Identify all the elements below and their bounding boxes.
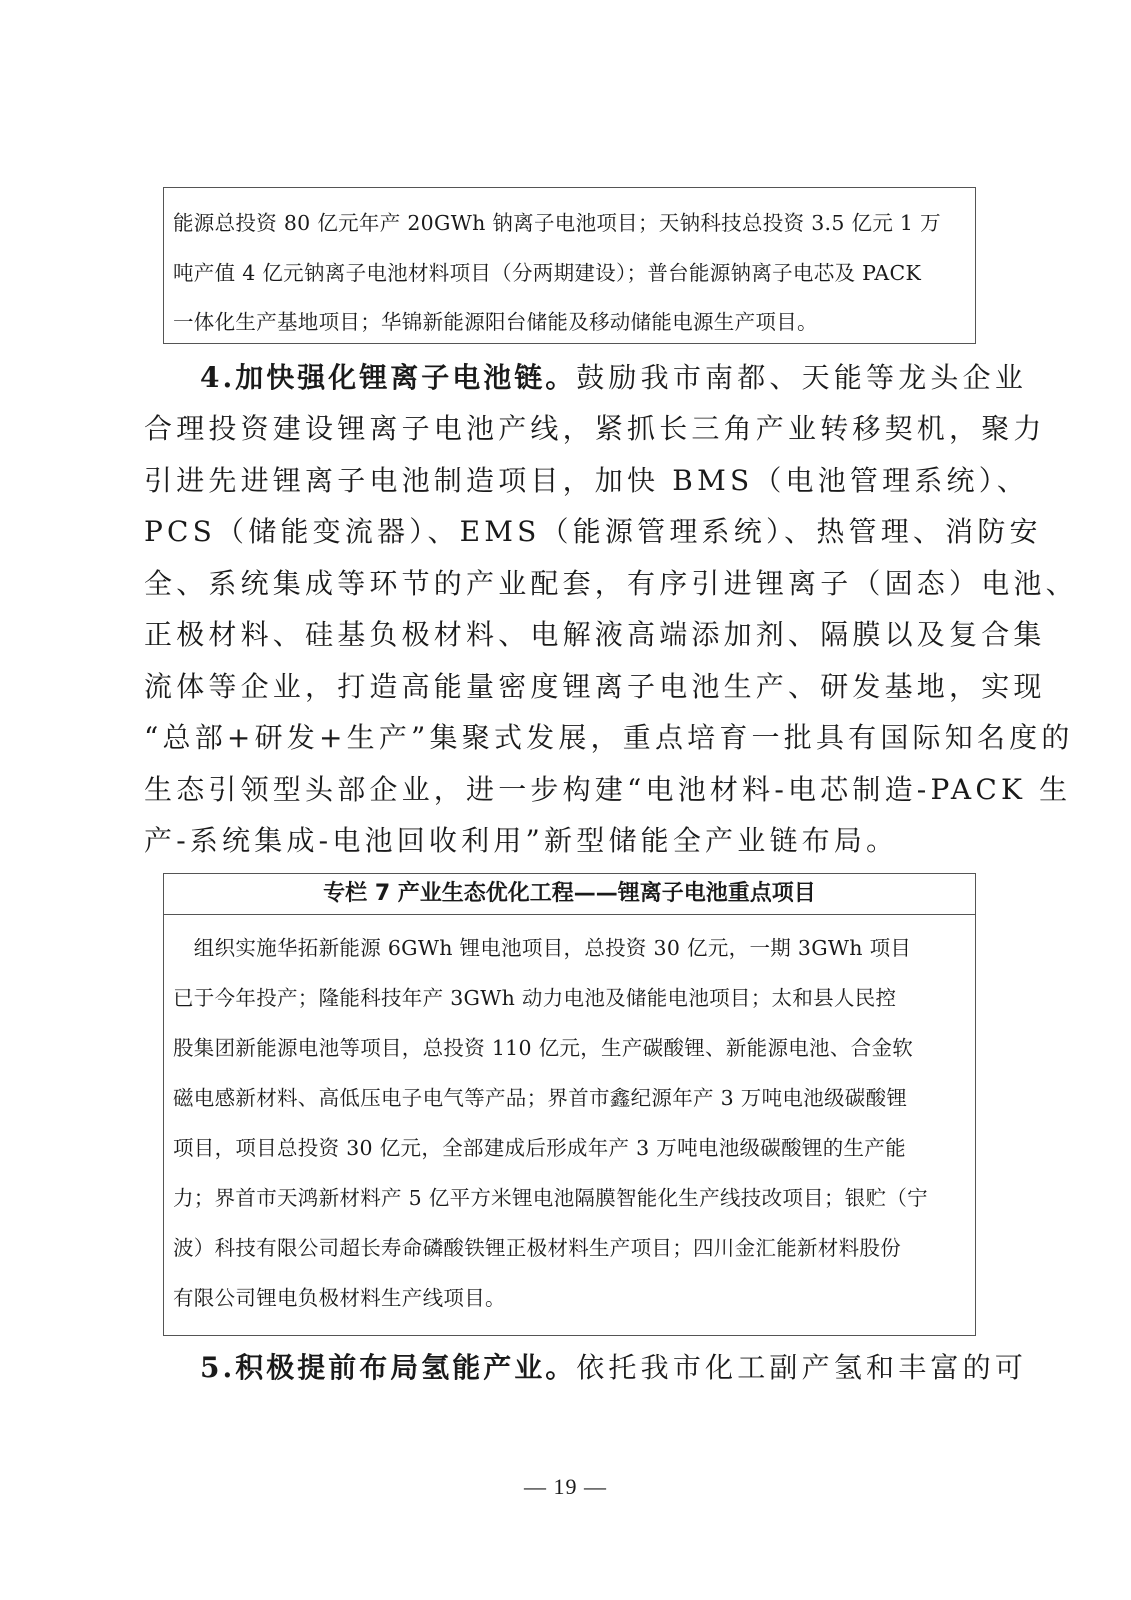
box2-line: 波）科技有限公司超长寿命磷酸铁锂正极材料生产项目；四川金汇能新材料股份 — [173, 1235, 969, 1261]
box2-line: 磁电感新材料、高低压电子电气等产品；界首市鑫纪源年产 3 万吨电池级碳酸锂 — [173, 1085, 969, 1111]
paragraph-line: 产-系统集成-电池回收利用”新型储能全产业链布局。 — [144, 823, 974, 859]
box1-line: 能源总投资 80 亿元年产 20GWh 钠离子电池项目；天钠科技总投资 3.5 … — [173, 210, 969, 236]
box1-line: 吨产值 4 亿元钠离子电池材料项目（分两期建设）；普台能源钠离子电芯及 PACK — [173, 260, 969, 286]
sodium-ion-projects-box: 能源总投资 80 亿元年产 20GWh 钠离子电池项目；天钠科技总投资 3.5 … — [163, 187, 976, 344]
box2-line: 有限公司锂电负极材料生产线项目。 — [173, 1285, 969, 1311]
box2-line: 已于今年投产；隆能科技年产 3GWh 动力电池及储能电池项目；太和县人民控 — [173, 985, 969, 1011]
paragraph-line: 正极材料、硅基负极材料、电解液高端添加剂、隔膜以及复合集 — [144, 617, 974, 653]
paragraph-line: 合理投资建设锂离子电池产线，紧抓长三角产业转移契机，聚力 — [144, 411, 974, 447]
section-4-first-line: 4.加快强化锂离子电池链。鼓励我市南都、天能等龙头企业 — [200, 360, 980, 396]
box1-line: 一体化生产基地项目；华锦新能源阳台储能及移动储能电源生产项目。 — [173, 309, 969, 335]
column-7-box: 专栏 7 产业生态优化工程——锂离子电池重点项目 组织实施华拓新能源 6GWh … — [163, 873, 976, 1336]
box2-line: 组织实施华拓新能源 6GWh 锂电池项目，总投资 30 亿元，一期 3GWh 项… — [173, 935, 969, 961]
section-4-heading: 4.加快强化锂离子电池链。 — [200, 361, 576, 394]
box2-line: 力；界首市天鸿新材料产 5 亿平方米锂电池隔膜智能化生产线技改项目；银贮（宁 — [173, 1185, 969, 1211]
paragraph-line: 引进先进锂离子电池制造项目，加快 BMS（电池管理系统）、 — [144, 463, 974, 499]
box2-line: 股集团新能源电池等项目，总投资 110 亿元，生产碳酸锂、新能源电池、合金软 — [173, 1035, 969, 1061]
paragraph-line: 生态引领型头部企业，进一步构建“电池材料-电芯制造-PACK 生 — [144, 772, 974, 808]
column-7-title: 专栏 7 产业生态优化工程——锂离子电池重点项目 — [164, 874, 975, 915]
section-5-heading: 5.积极提前布局氢能产业。 — [200, 1351, 576, 1384]
paragraph-line: “总部+研发+生产”集聚式发展，重点培育一批具有国际知名度的 — [144, 720, 974, 756]
page-number: — 19 — — [0, 1474, 1131, 1500]
section-4-first-line-text: 鼓励我市南都、天能等龙头企业 — [576, 361, 1027, 394]
box2-line: 项目，项目总投资 30 亿元，全部建成后形成年产 3 万吨电池级碳酸锂的生产能 — [173, 1135, 969, 1161]
section-5-first-line: 5.积极提前布局氢能产业。依托我市化工副产氢和丰富的可 — [200, 1350, 980, 1386]
paragraph-line: PCS（储能变流器）、EMS（能源管理系统）、热管理、消防安 — [144, 514, 974, 550]
paragraph-line: 流体等企业，打造高能量密度锂离子电池生产、研发基地，实现 — [144, 669, 974, 705]
section-5-first-line-text: 依托我市化工副产氢和丰富的可 — [576, 1351, 1027, 1384]
paragraph-line: 全、系统集成等环节的产业配套，有序引进锂离子（固态）电池、 — [144, 566, 974, 602]
